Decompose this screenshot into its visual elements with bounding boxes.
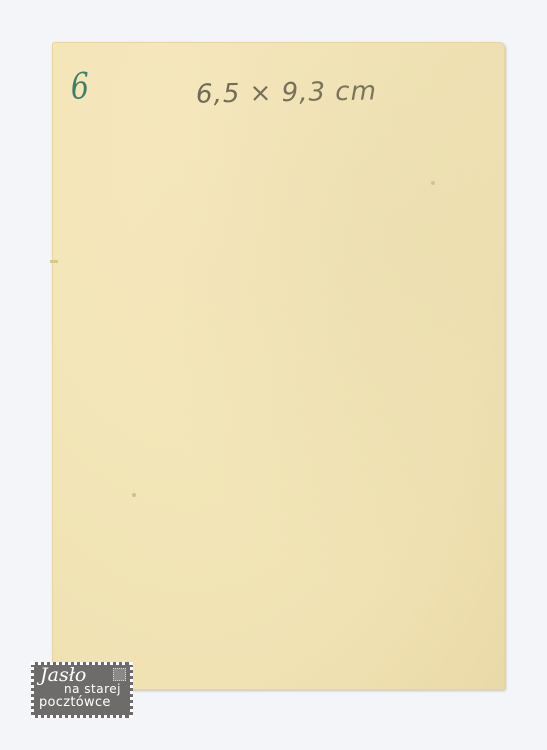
logo-line-3: pocztówce xyxy=(39,696,111,709)
edge-nick xyxy=(50,260,58,263)
logo-line-2: na starej xyxy=(64,683,121,695)
postcard-back: 6 6,5 × 9,3 cm xyxy=(52,42,505,690)
handwritten-number: 6 xyxy=(70,69,90,106)
handwritten-dimensions: 6,5 × 9,3 cm xyxy=(196,78,377,107)
watermark-logo: Jasło na starej pocztówce xyxy=(31,662,133,718)
paper-spot xyxy=(132,493,136,497)
stamp-icon xyxy=(113,668,126,681)
paper-spot xyxy=(431,181,435,185)
